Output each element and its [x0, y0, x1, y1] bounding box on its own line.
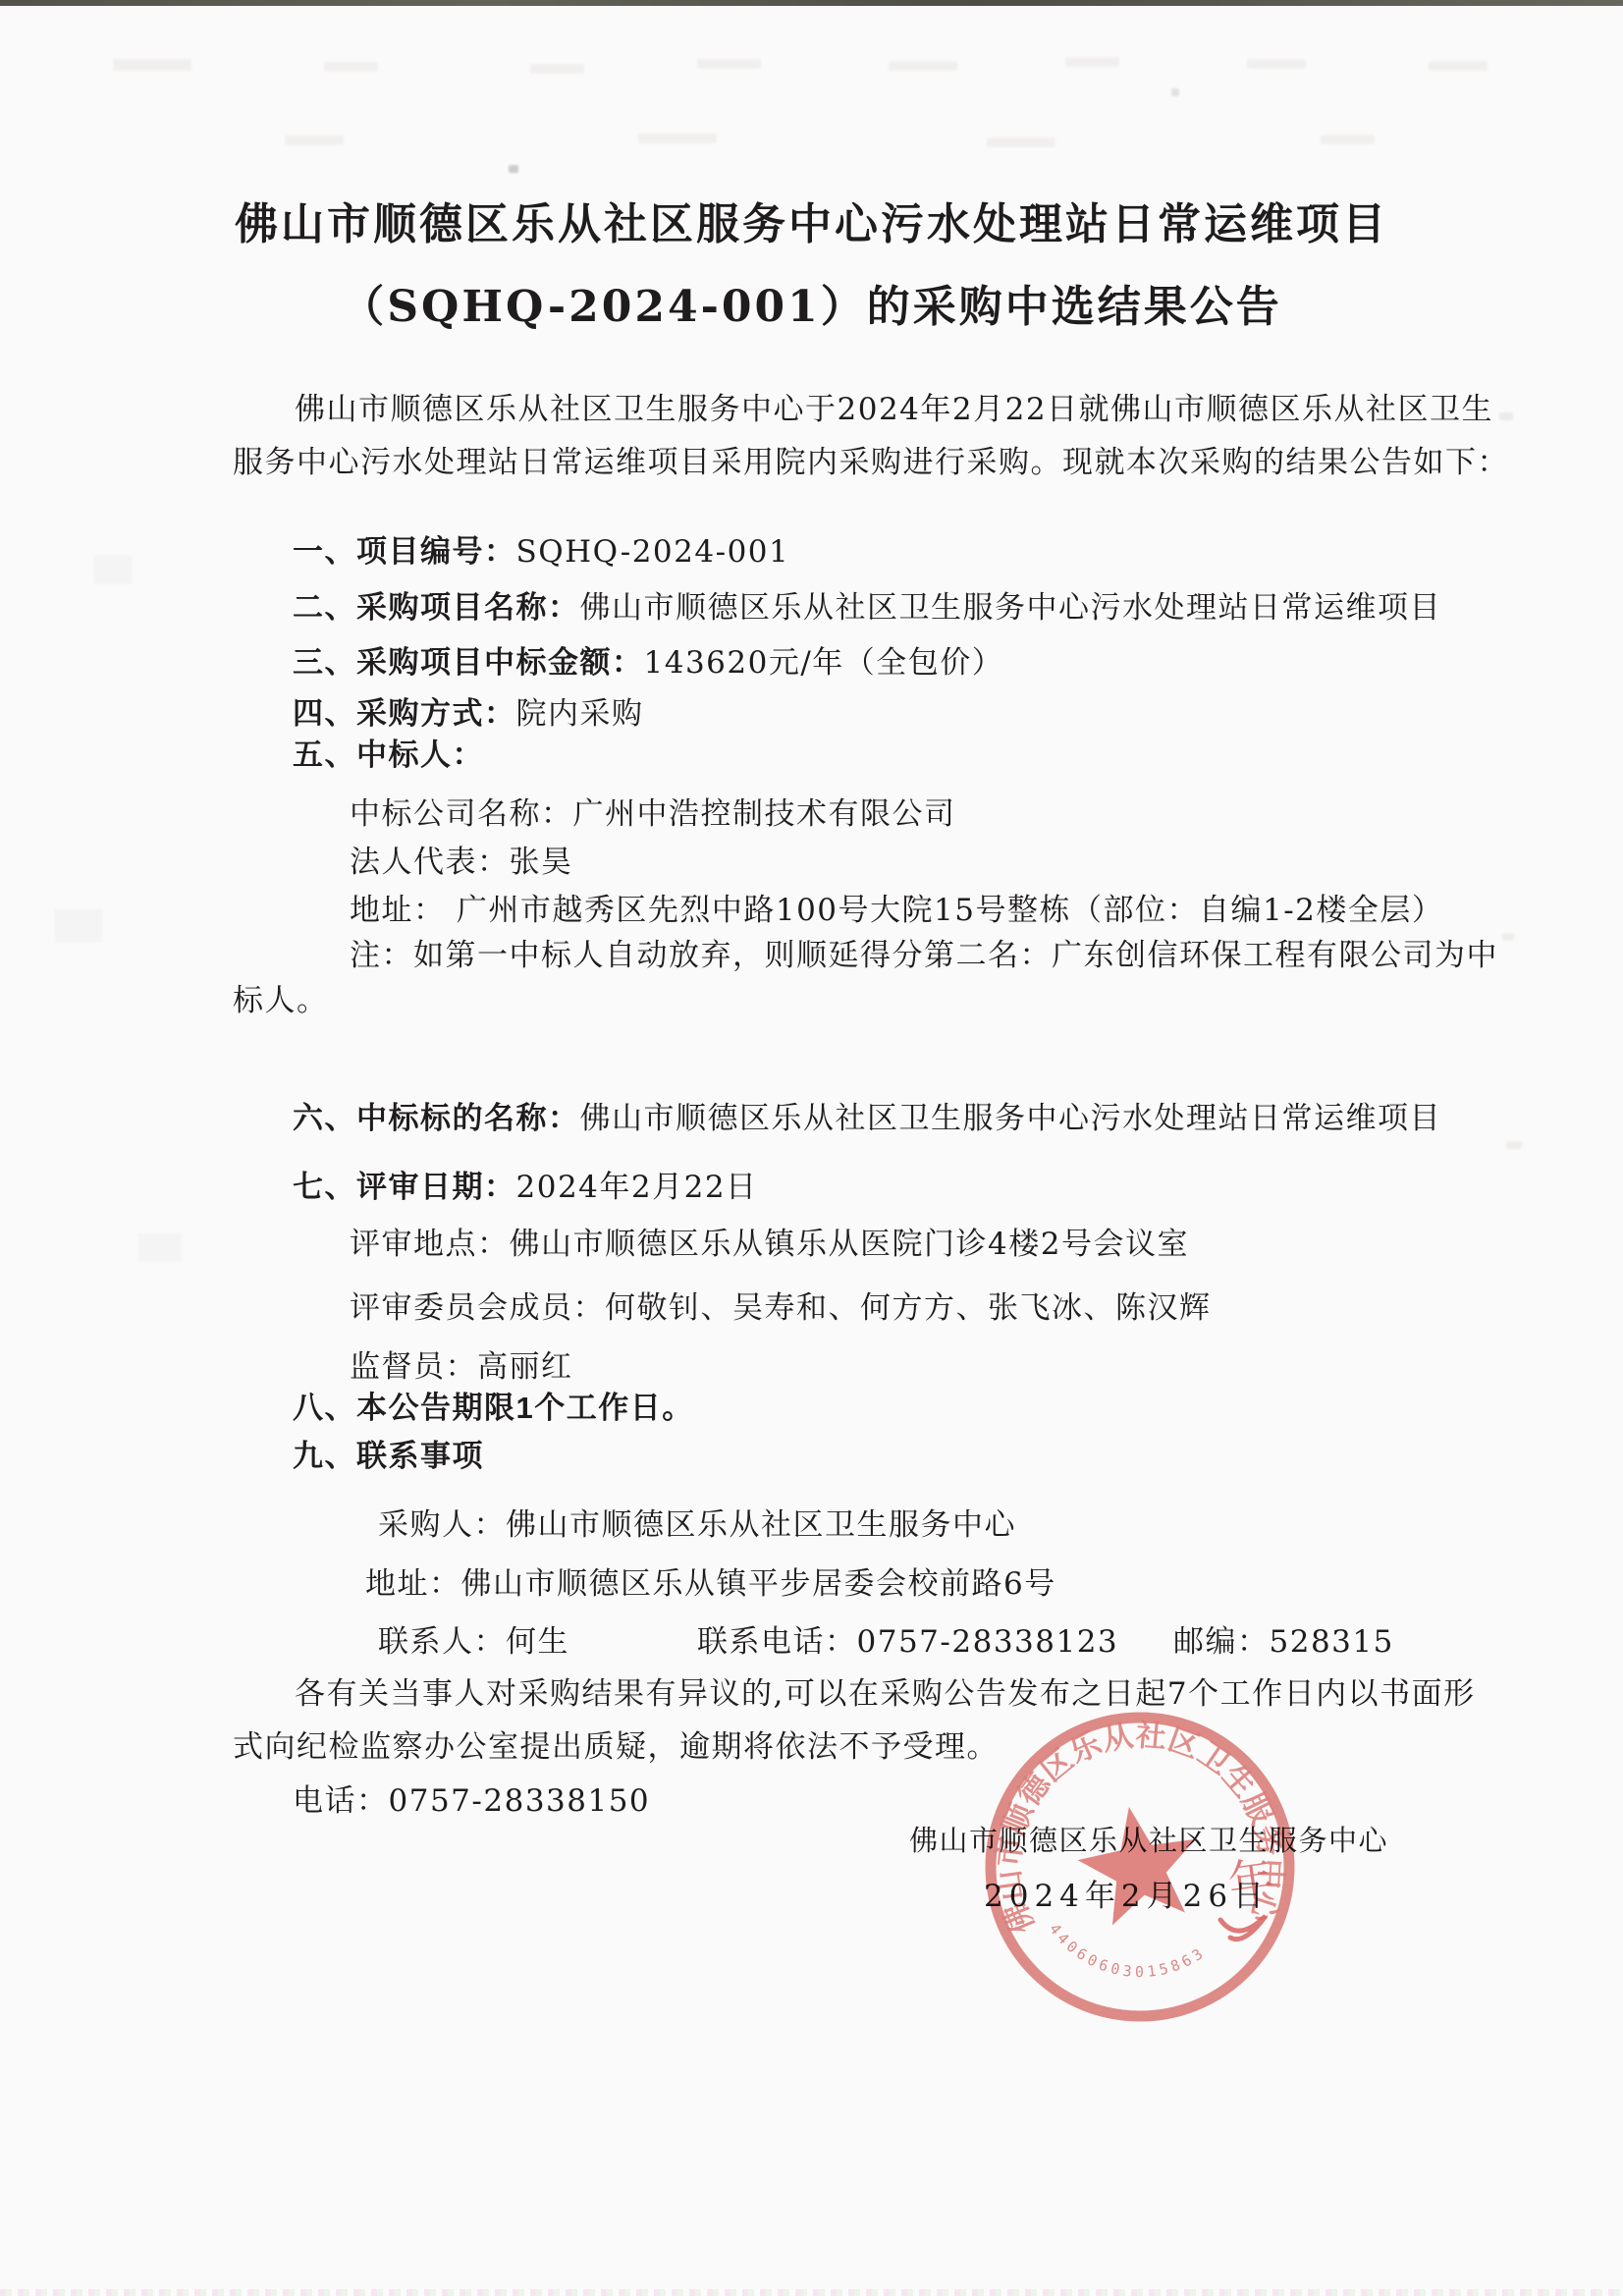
item-label: 六、中标标的名称：	[293, 1101, 580, 1135]
review-location-line: 评审地点：佛山市顺德区乐从镇乐从医院门诊4楼2号会议室	[350, 1226, 1189, 1264]
scan-smudge	[93, 555, 133, 584]
handwritten-mark: 年	[1220, 1851, 1277, 1940]
review-supervisor-line: 监督员：高丽红	[350, 1348, 573, 1387]
item-award-amount: 三、采购项目中标金额：143620元/年（全包价）	[293, 644, 1003, 683]
scan-smudge	[697, 59, 761, 69]
scan-smudge	[1429, 61, 1488, 71]
scan-smudge	[1502, 933, 1514, 941]
scanned-document-page: 佛山市顺德区乐从社区服务中心污水处理站日常运维项目 （SQHQ-2024-001…	[0, 0, 1623, 2296]
scan-smudge	[1247, 59, 1306, 69]
scan-edge-bottom	[0, 2289, 1623, 2296]
winner-company-line: 中标公司名称：广州中浩控制技术有限公司	[350, 795, 956, 834]
contact-phone: 联系电话：0757-28338123	[697, 1623, 1118, 1662]
item-procurement-method: 四、采购方式：院内采购	[293, 695, 644, 734]
item-announcement-period: 八、本公告期限1个工作日。	[293, 1390, 694, 1428]
scan-smudge	[530, 64, 584, 74]
item-label: 七、评审日期：	[293, 1170, 516, 1204]
scan-edge-top	[0, 0, 1623, 6]
item-label: 二、采购项目名称：	[293, 590, 580, 625]
item-label: 三、采购项目中标金额：	[293, 645, 644, 680]
scan-smudge	[1321, 135, 1375, 144]
winner-address-line: 地址： 广州市越秀区先烈中路100号大院15号整栋（部位：自编1-2楼全层）	[350, 892, 1443, 930]
official-seal: 佛山市顺德区乐从社区卫生服务中心 44060603015863 年	[967, 1694, 1321, 2057]
item-contact-heading: 九、联系事项	[293, 1438, 484, 1476]
item-value: 佛山市顺德区乐从社区卫生服务中心污水处理站日常运维项目	[580, 1101, 1442, 1136]
scan-smudge	[113, 59, 191, 71]
scan-smudge	[137, 1232, 182, 1262]
scan-smudge	[889, 61, 957, 71]
intro-paragraph-line1: 佛山市顺德区乐从社区卫生服务中心于2024年2月22日就佛山市顺德区乐从社区卫生	[295, 391, 1493, 429]
item-award-subject: 六、中标标的名称：佛山市顺德区乐从社区卫生服务中心污水处理站日常运维项目	[293, 1100, 1441, 1138]
scan-smudge	[1065, 57, 1119, 67]
document-title-line1: 佛山市顺德区乐从社区服务中心污水处理站日常运维项目	[0, 189, 1623, 251]
winner-legal-representative-line: 法人代表：张昊	[350, 844, 573, 882]
item-project-number: 一、项目编号：SQHQ-2024-001	[293, 533, 789, 572]
contact-address-line: 地址：佛山市顺德区乐从镇平步居委会校前路6号	[365, 1565, 1056, 1604]
item-winner-heading: 五、中标人：	[293, 737, 484, 775]
document-title-line2: （SQHQ-2024-001）的采购中选结果公告	[0, 271, 1623, 334]
contact-zip: 邮编：528315	[1173, 1623, 1394, 1662]
seal-number: 44060603015863	[1046, 1920, 1210, 1981]
winner-note-line2: 标人。	[233, 982, 329, 1020]
contact-buyer-line: 采购人：佛山市顺德区乐从社区卫生服务中心	[378, 1506, 1016, 1545]
scan-smudge	[1506, 1141, 1522, 1149]
item-label: 九、联系事项	[293, 1439, 484, 1473]
scan-smudge	[638, 134, 717, 143]
closing-paragraph-line2: 式向纪检监察办公室提出质疑，逾期将依法不予受理。	[233, 1728, 999, 1767]
item-project-name: 二、采购项目名称：佛山市顺德区乐从社区卫生服务中心污水处理站日常运维项目	[293, 589, 1441, 628]
review-committee-line: 评审委员会成员：何敬钊、吴寿和、何方方、张飞冰、陈汉辉	[350, 1289, 1212, 1328]
item-value: 院内采购	[516, 696, 644, 732]
star-icon	[1070, 1796, 1208, 1929]
item-label: 八、本公告期限1个工作日。	[293, 1391, 694, 1425]
contact-person: 联系人：何生	[378, 1623, 569, 1662]
svg-text:年: 年	[1224, 1851, 1276, 1910]
item-label: 四、采购方式：	[293, 696, 516, 731]
item-label: 一、项目编号：	[293, 534, 516, 569]
intro-paragraph-line2: 服务中心污水处理站日常运维项目采用院内采购进行采购。现就本次采购的结果公告如下：	[233, 444, 1509, 482]
item-value: 2024年2月22日	[516, 1170, 758, 1205]
item-value: SQHQ-2024-001	[516, 534, 790, 570]
closing-phone-line: 电话：0757-28338150	[293, 1782, 650, 1821]
scan-smudge	[324, 62, 378, 72]
winner-note-line1: 注：如第一中标人自动放弃，则顺延得分第二名：广东创信环保工程有限公司为中	[350, 937, 1498, 975]
scan-smudge	[54, 908, 103, 943]
scan-speck	[509, 165, 518, 173]
scan-smudge	[1499, 412, 1513, 420]
scan-smudge	[987, 137, 1055, 147]
item-label: 五、中标人：	[293, 738, 484, 772]
scan-speck	[1171, 88, 1179, 96]
item-review-date: 七、评审日期：2024年2月22日	[293, 1169, 758, 1207]
item-value: 佛山市顺德区乐从社区卫生服务中心污水处理站日常运维项目	[580, 590, 1442, 626]
scan-smudge	[285, 136, 344, 145]
item-value: 143620元/年（全包价）	[644, 645, 1004, 681]
